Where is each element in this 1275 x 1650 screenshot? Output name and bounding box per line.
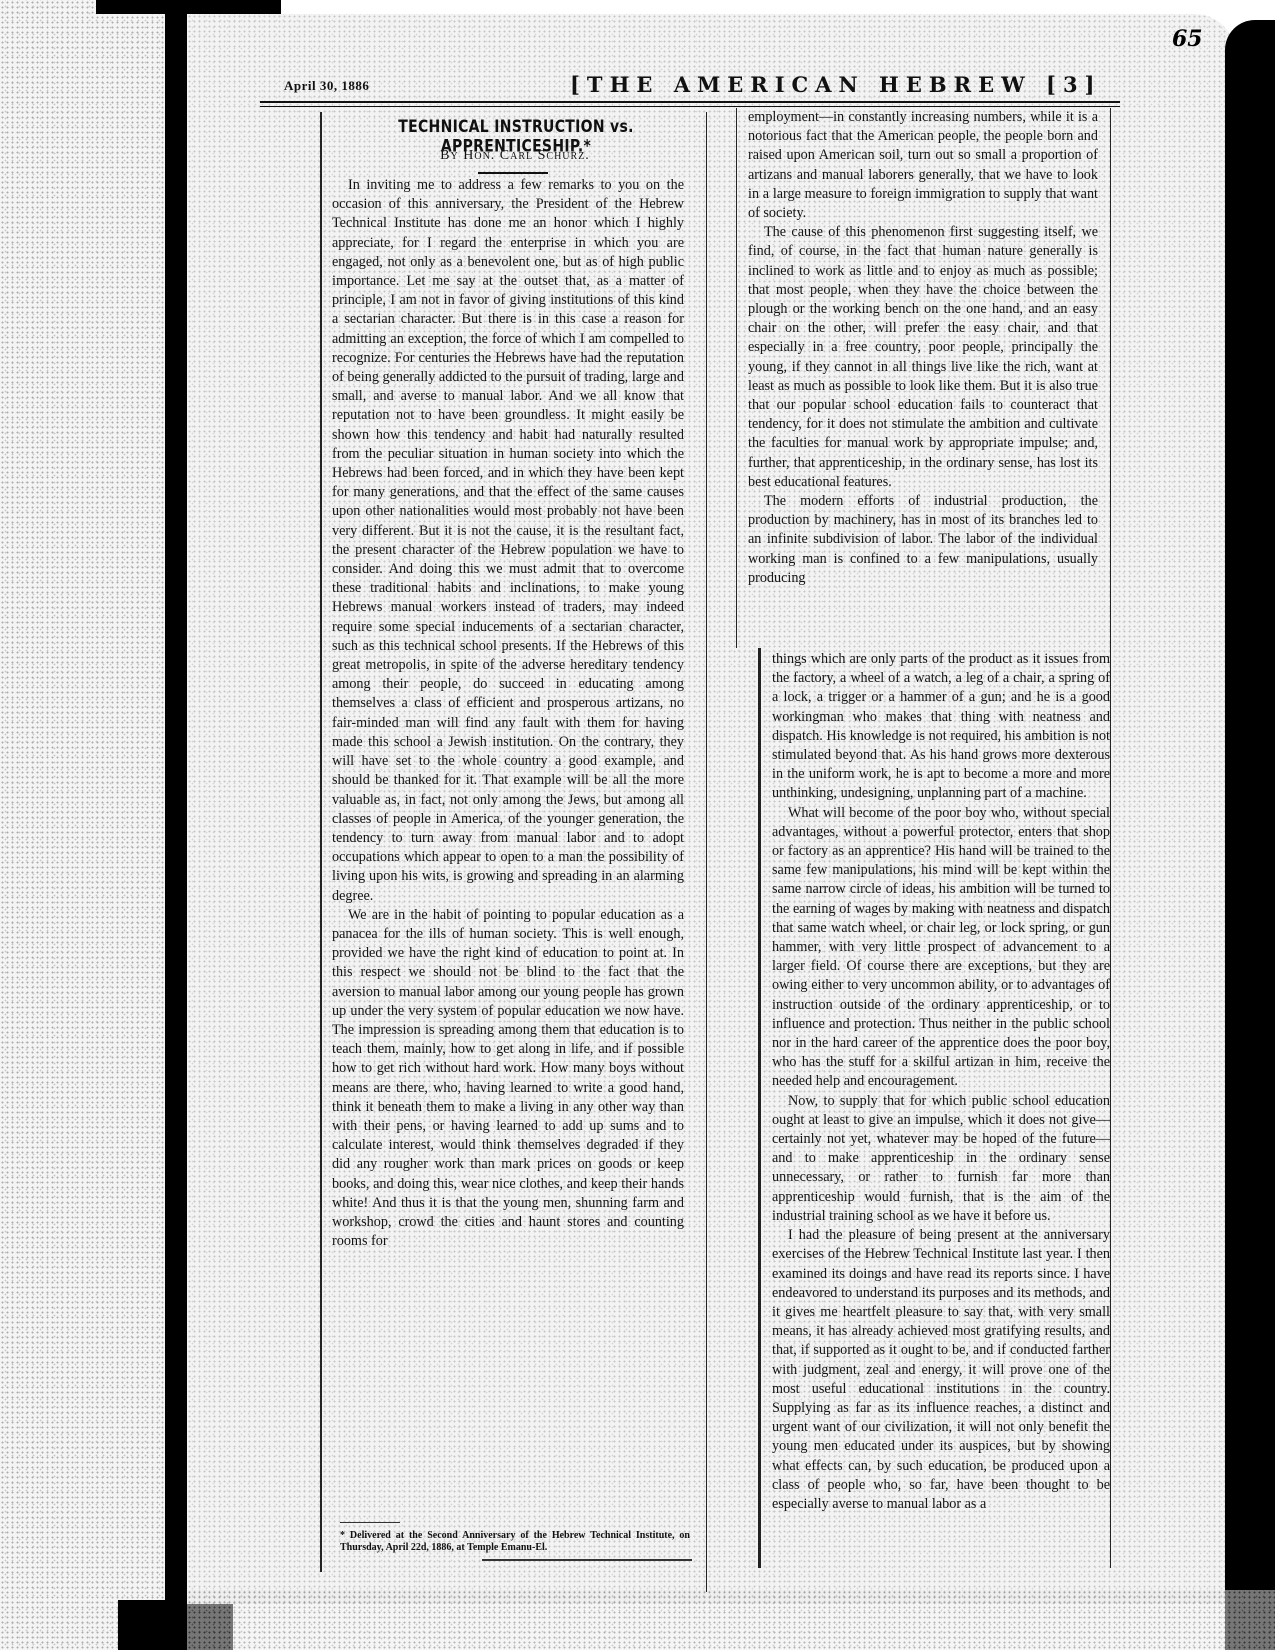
paragraph: We are in the habit of pointing to popul… bbox=[332, 906, 684, 1252]
paragraph: employment—in constantly increasing numb… bbox=[748, 108, 1098, 223]
article-column-right-lower: things which are only parts of the produ… bbox=[772, 650, 1110, 1514]
column-rule-right-upper bbox=[736, 108, 737, 648]
issue-date: April 30, 1886 bbox=[284, 78, 369, 94]
footnote: * Delivered at the Second Anniversary of… bbox=[340, 1530, 690, 1554]
byline-rule bbox=[478, 172, 548, 174]
column-divider bbox=[706, 112, 707, 1592]
paragraph: Now, to supply that for which public sch… bbox=[772, 1092, 1110, 1226]
scan-margin-bottom bbox=[187, 1590, 1275, 1650]
article-column-right-upper: employment—in constantly increasing numb… bbox=[748, 108, 1098, 588]
article-column-left: In inviting me to address a few remarks … bbox=[332, 176, 684, 1251]
handwritten-page-number: 65 bbox=[1172, 26, 1203, 52]
paragraph: things which are only parts of the produ… bbox=[772, 650, 1110, 804]
scan-margin-left bbox=[0, 0, 165, 1650]
scan-black-edge-left bbox=[165, 0, 187, 1650]
paragraph: I had the pleasure of being present at t… bbox=[772, 1226, 1110, 1514]
column-rule-right-lower bbox=[758, 648, 761, 1568]
scan-black-edge-top bbox=[96, 0, 281, 14]
paragraph: In inviting me to address a few remarks … bbox=[332, 176, 684, 906]
scan-black-edge-right bbox=[1225, 20, 1275, 1650]
paragraph: What will become of the poor boy who, wi… bbox=[772, 804, 1110, 1092]
article-byline: By Hon. Carl Schurz. bbox=[340, 148, 690, 164]
paragraph: The cause of this phenomenon first sugge… bbox=[748, 223, 1098, 492]
column-rule-right-edge bbox=[1110, 108, 1111, 1568]
footnote-rule bbox=[340, 1522, 400, 1523]
masthead-rule bbox=[260, 101, 1120, 103]
paragraph: The modern efforts of industrial product… bbox=[748, 492, 1098, 588]
newspaper-title: [THE AMERICAN HEBREW [3] bbox=[570, 72, 1102, 97]
masthead-rule-thin bbox=[260, 106, 1120, 107]
column-rule-left bbox=[320, 112, 322, 1572]
footnote-end-rule bbox=[482, 1559, 692, 1561]
